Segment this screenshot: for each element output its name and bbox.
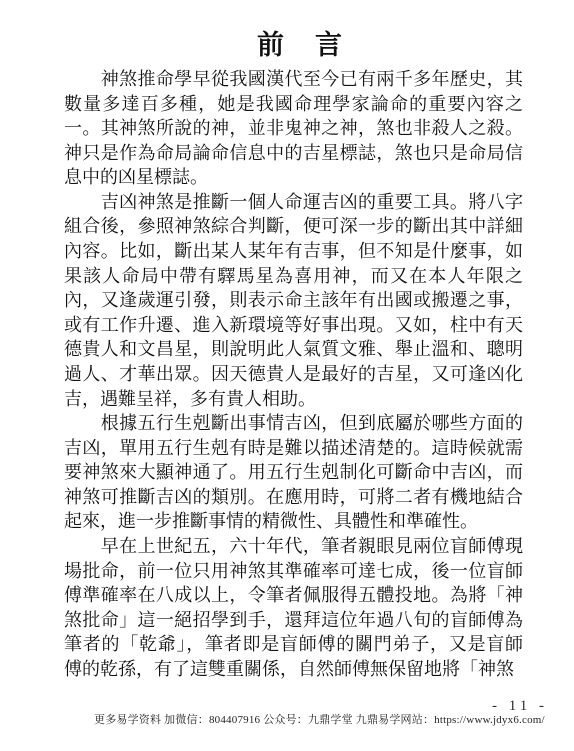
text-line: 數量多達百多種，她是我國命理學家論命的重要內容之: [64, 92, 523, 117]
text-line: 內容。比如，斷出某人某年有吉事，但不知是什麼事，如: [64, 239, 523, 264]
text-line: 傅的乾孫，有了這雙重關係，自然師傅無保留地將「神煞: [64, 657, 523, 682]
paragraph: 神煞推命學早從我國漢代至今已有兩千多年歷史，其數量多達百多種，她是我國命理學家論…: [64, 67, 523, 190]
text-line: 早在上世紀五，六十年代，筆者親眼見兩位盲師傅現: [64, 534, 523, 559]
paragraph: 吉凶神煞是推斷一個人命運吉凶的重要工具。將八字組合後，參照神煞綜合判斷，便可深一…: [64, 190, 523, 411]
text-line: 吉凶，單用五行生剋有時是難以描述清楚的。這時候就需: [64, 436, 523, 461]
paragraph: 早在上世紀五，六十年代，筆者親眼見兩位盲師傅現場批命，前一位只用神煞其準確率可達…: [64, 534, 523, 681]
text-line: 內，又逢歲運引發，則表示命主該年有出國或搬遷之事，: [64, 288, 523, 313]
text-line: 傅準確率在八成以上，令筆者佩服得五體投地。為將「神: [64, 583, 523, 608]
text-line: 息中的凶星標誌。: [64, 165, 523, 190]
text-line: 組合後，參照神煞綜合判斷，便可深一步的斷出其中詳細: [64, 214, 523, 239]
text-line: 神煞可推斷吉凶的類別。在應用時，可將二者有機地結合: [64, 485, 523, 510]
text-line: 果該人命局中帶有驛馬星為喜用神，而又在本人年限之: [64, 264, 523, 289]
text-line: 神煞推命學早從我國漢代至今已有兩千多年歷史，其: [64, 67, 523, 92]
text-line: 德貴人和文昌星，則說明此人氣質文雅、舉止溫和、聰明: [64, 337, 523, 362]
text-line: 神只是作為命局論命信息中的吉星標誌，煞也只是命局信: [64, 141, 523, 166]
text-line: 要神煞來大顯神通了。用五行生剋制化可斷命中吉凶，而: [64, 460, 523, 485]
text-line: 起來，進一步推斷事情的精微性、具體性和準確性。: [64, 509, 523, 534]
paragraph: 根據五行生剋斷出事情吉凶，但到底屬於哪些方面的吉凶，單用五行生剋有時是難以描述清…: [64, 411, 523, 534]
text-line: 根據五行生剋斷出事情吉凶，但到底屬於哪些方面的: [64, 411, 523, 436]
body-text: 神煞推命學早從我國漢代至今已有兩千多年歷史，其數量多達百多種，她是我國命理學家論…: [64, 67, 523, 681]
text-line: 吉凶神煞是推斷一個人命運吉凶的重要工具。將八字: [64, 190, 523, 215]
page-number: - 11 -: [492, 698, 548, 715]
text-line: 場批命，前一位只用神煞其準確率可達七成，後一位盲師: [64, 559, 523, 584]
text-line: 筆者的「乾爺」，筆者即是盲師傅的關門弟子，又是盲師: [64, 632, 523, 657]
text-line: 一。其神煞所說的神，並非鬼神之神，煞也非殺人之殺。: [64, 116, 523, 141]
document-page: 前 言 神煞推命學早從我國漢代至今已有兩千多年歷史，其數量多達百多種，她是我國命…: [0, 0, 574, 751]
text-line: 或有工作升遷、進入新環境等好事出現。又如，柱中有天: [64, 313, 523, 338]
text-line: 煞批命」這一絕招學到手，還拜這位年過八旬的盲師傅為: [64, 608, 523, 633]
text-line: 吉，遇難呈祥，多有貴人相助。: [64, 387, 523, 412]
page-title: 前 言: [64, 23, 523, 62]
text-line: 過人、才華出眾。因天德貴人是最好的吉星，又可逢凶化: [64, 362, 523, 387]
